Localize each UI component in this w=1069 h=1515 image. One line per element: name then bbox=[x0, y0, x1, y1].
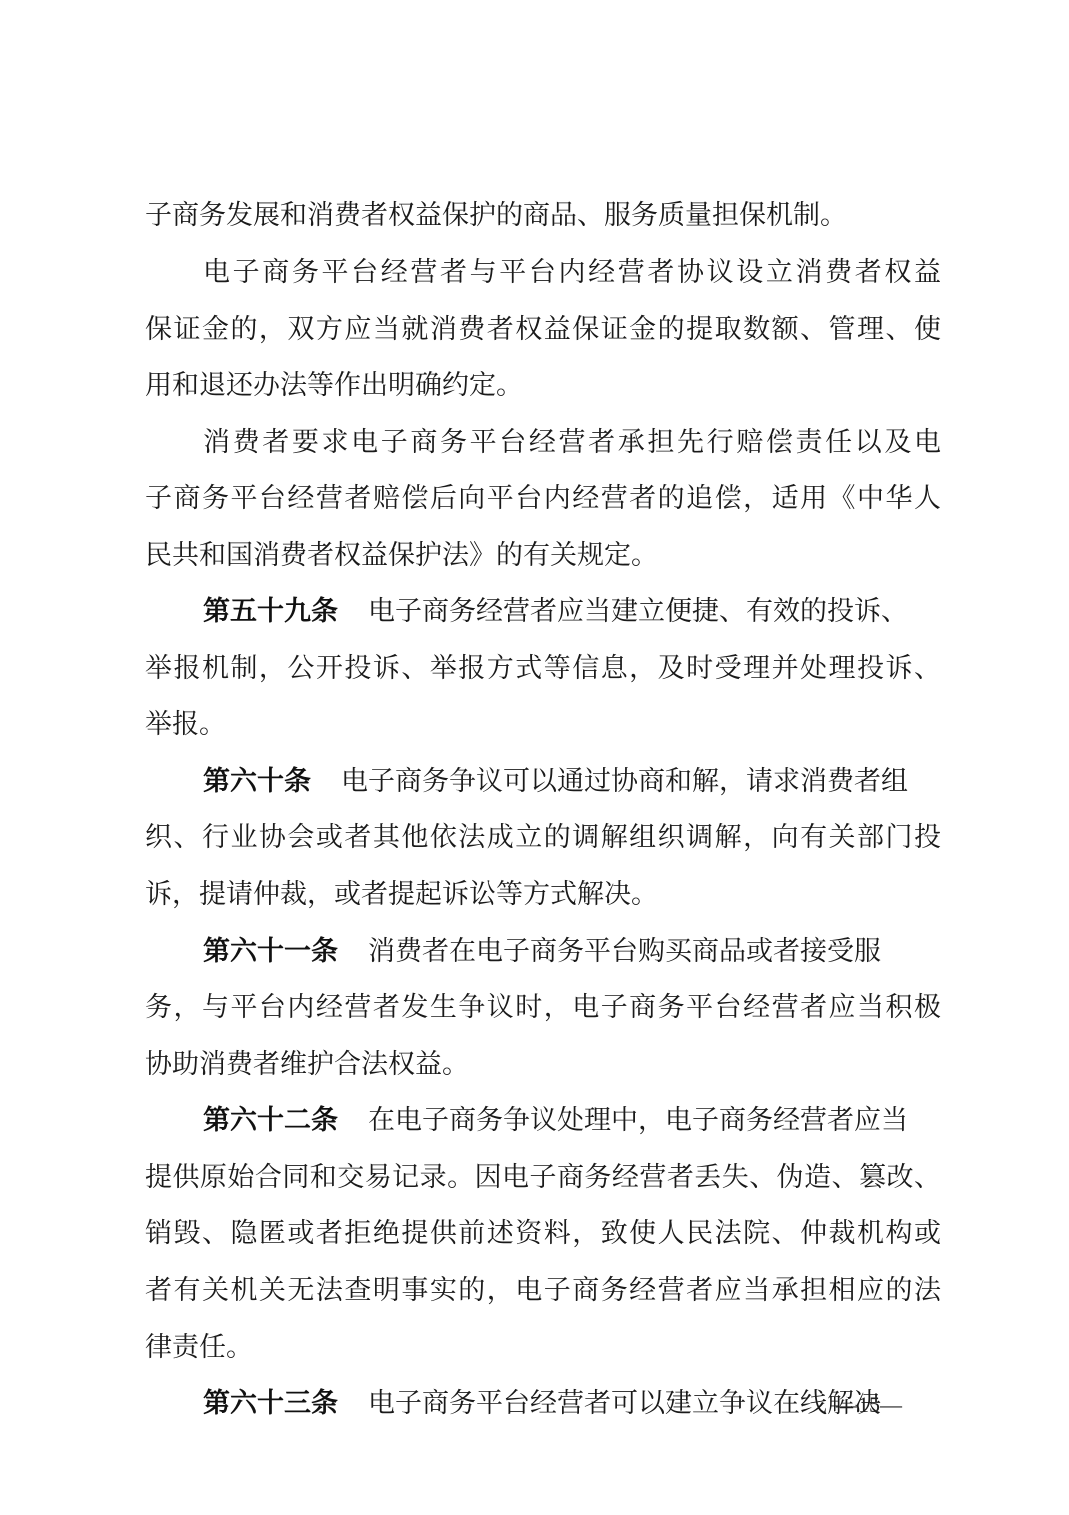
article-61-heading-line: 第六十一条消费者在电子商务平台购买商品或者接受服 bbox=[203, 932, 941, 972]
article-60-heading-line: 第六十条电子商务争议可以通过协商和解，请求消费者组 bbox=[203, 762, 941, 802]
text-line: 销毁、隐匿或者拒绝提供前述资料，致使人民法院、仲裁机构或 bbox=[145, 1214, 941, 1254]
article-number: 第六十三条 bbox=[203, 1388, 338, 1419]
line-text: 子商务平台经营者赔偿后向平台内经营者的追偿，适用《中华人 bbox=[145, 483, 941, 514]
text-line: 务，与平台内经营者发生争议时，电子商务平台经营者应当积极 bbox=[145, 988, 941, 1028]
line-text: 律责任。 bbox=[145, 1332, 253, 1363]
line-text: 电子商务平台经营者与平台内经营者协议设立消费者权益 bbox=[203, 257, 941, 288]
line-text: 子商务发展和消费者权益保护的商品、服务质量担保机制。 bbox=[145, 200, 847, 231]
text-line: 消费者要求电子商务平台经营者承担先行赔偿责任以及电 bbox=[203, 423, 941, 463]
article-59-heading-line: 第五十九条电子商务经营者应当建立便捷、有效的投诉、 bbox=[203, 592, 941, 632]
text-line: 举报。 bbox=[145, 705, 941, 745]
line-text: 保证金的，双方应当就消费者权益保证金的提取数额、管理、使 bbox=[145, 314, 941, 345]
article-number: 第六十二条 bbox=[203, 1105, 338, 1136]
line-text: 电子商务经营者应当建立便捷、有效的投诉、 bbox=[368, 596, 908, 627]
text-line: 子商务发展和消费者权益保护的商品、服务质量担保机制。 bbox=[145, 196, 941, 236]
text-line: 子商务平台经营者赔偿后向平台内经营者的追偿，适用《中华人 bbox=[145, 479, 941, 519]
text-line: 电子商务平台经营者与平台内经营者协议设立消费者权益 bbox=[203, 253, 941, 293]
line-text: 消费者在电子商务平台购买商品或者接受服 bbox=[368, 936, 881, 967]
line-text: 在电子商务争议处理中，电子商务经营者应当 bbox=[368, 1105, 908, 1136]
line-text: 协助消费者维护合法权益。 bbox=[145, 1049, 469, 1080]
line-text: 用和退还办法等作出明确约定。 bbox=[145, 370, 523, 401]
text-line: 协助消费者维护合法权益。 bbox=[145, 1045, 941, 1085]
line-text: 电子商务争议可以通过协商和解，请求消费者组 bbox=[341, 766, 908, 797]
line-text: 消费者要求电子商务平台经营者承担先行赔偿责任以及电 bbox=[203, 427, 941, 458]
line-text: 提供原始合同和交易记录。因电子商务经营者丢失、伪造、篡改、 bbox=[145, 1162, 941, 1193]
line-text: 者有关机关无法查明事实的，电子商务经营者应当承担相应的法 bbox=[145, 1275, 941, 1306]
text-line: 提供原始合同和交易记录。因电子商务经营者丢失、伪造、篡改、 bbox=[145, 1158, 941, 1198]
article-number: 第六十条 bbox=[203, 766, 311, 797]
text-line: 诉，提请仲裁，或者提起诉讼等方式解决。 bbox=[145, 875, 941, 915]
article-62-heading-line: 第六十二条在电子商务争议处理中，电子商务经营者应当 bbox=[203, 1101, 941, 1141]
line-text: 电子商务平台经营者可以建立争议在线解决 bbox=[368, 1388, 881, 1419]
line-text: 诉，提请仲裁，或者提起诉讼等方式解决。 bbox=[145, 879, 658, 910]
article-63-heading-line: 第六十三条电子商务平台经营者可以建立争议在线解决 bbox=[203, 1384, 941, 1424]
text-line: 律责任。 bbox=[145, 1328, 941, 1368]
page-number: —15— bbox=[836, 1390, 902, 1420]
line-text: 民共和国消费者权益保护法》的有关规定。 bbox=[145, 540, 658, 571]
text-line: 民共和国消费者权益保护法》的有关规定。 bbox=[145, 536, 941, 576]
text-line: 者有关机关无法查明事实的，电子商务经营者应当承担相应的法 bbox=[145, 1271, 941, 1311]
line-text: 织、行业协会或者其他依法成立的调解组织调解，向有关部门投 bbox=[145, 822, 941, 853]
text-line: 保证金的，双方应当就消费者权益保证金的提取数额、管理、使 bbox=[145, 310, 941, 350]
article-number: 第六十一条 bbox=[203, 936, 338, 967]
text-line: 织、行业协会或者其他依法成立的调解组织调解，向有关部门投 bbox=[145, 818, 941, 858]
text-line: 举报机制，公开投诉、举报方式等信息，及时受理并处理投诉、 bbox=[145, 649, 941, 689]
text-line: 用和退还办法等作出明确约定。 bbox=[145, 366, 941, 406]
line-text: 举报机制，公开投诉、举报方式等信息，及时受理并处理投诉、 bbox=[145, 653, 941, 684]
line-text: 务，与平台内经营者发生争议时，电子商务平台经营者应当积极 bbox=[145, 992, 941, 1023]
line-text: 销毁、隐匿或者拒绝提供前述资料，致使人民法院、仲裁机构或 bbox=[145, 1218, 941, 1249]
line-text: 举报。 bbox=[145, 709, 226, 740]
article-number: 第五十九条 bbox=[203, 596, 338, 627]
document-page: 子商务发展和消费者权益保护的商品、服务质量担保机制。 电子商务平台经营者与平台内… bbox=[0, 0, 1069, 1515]
